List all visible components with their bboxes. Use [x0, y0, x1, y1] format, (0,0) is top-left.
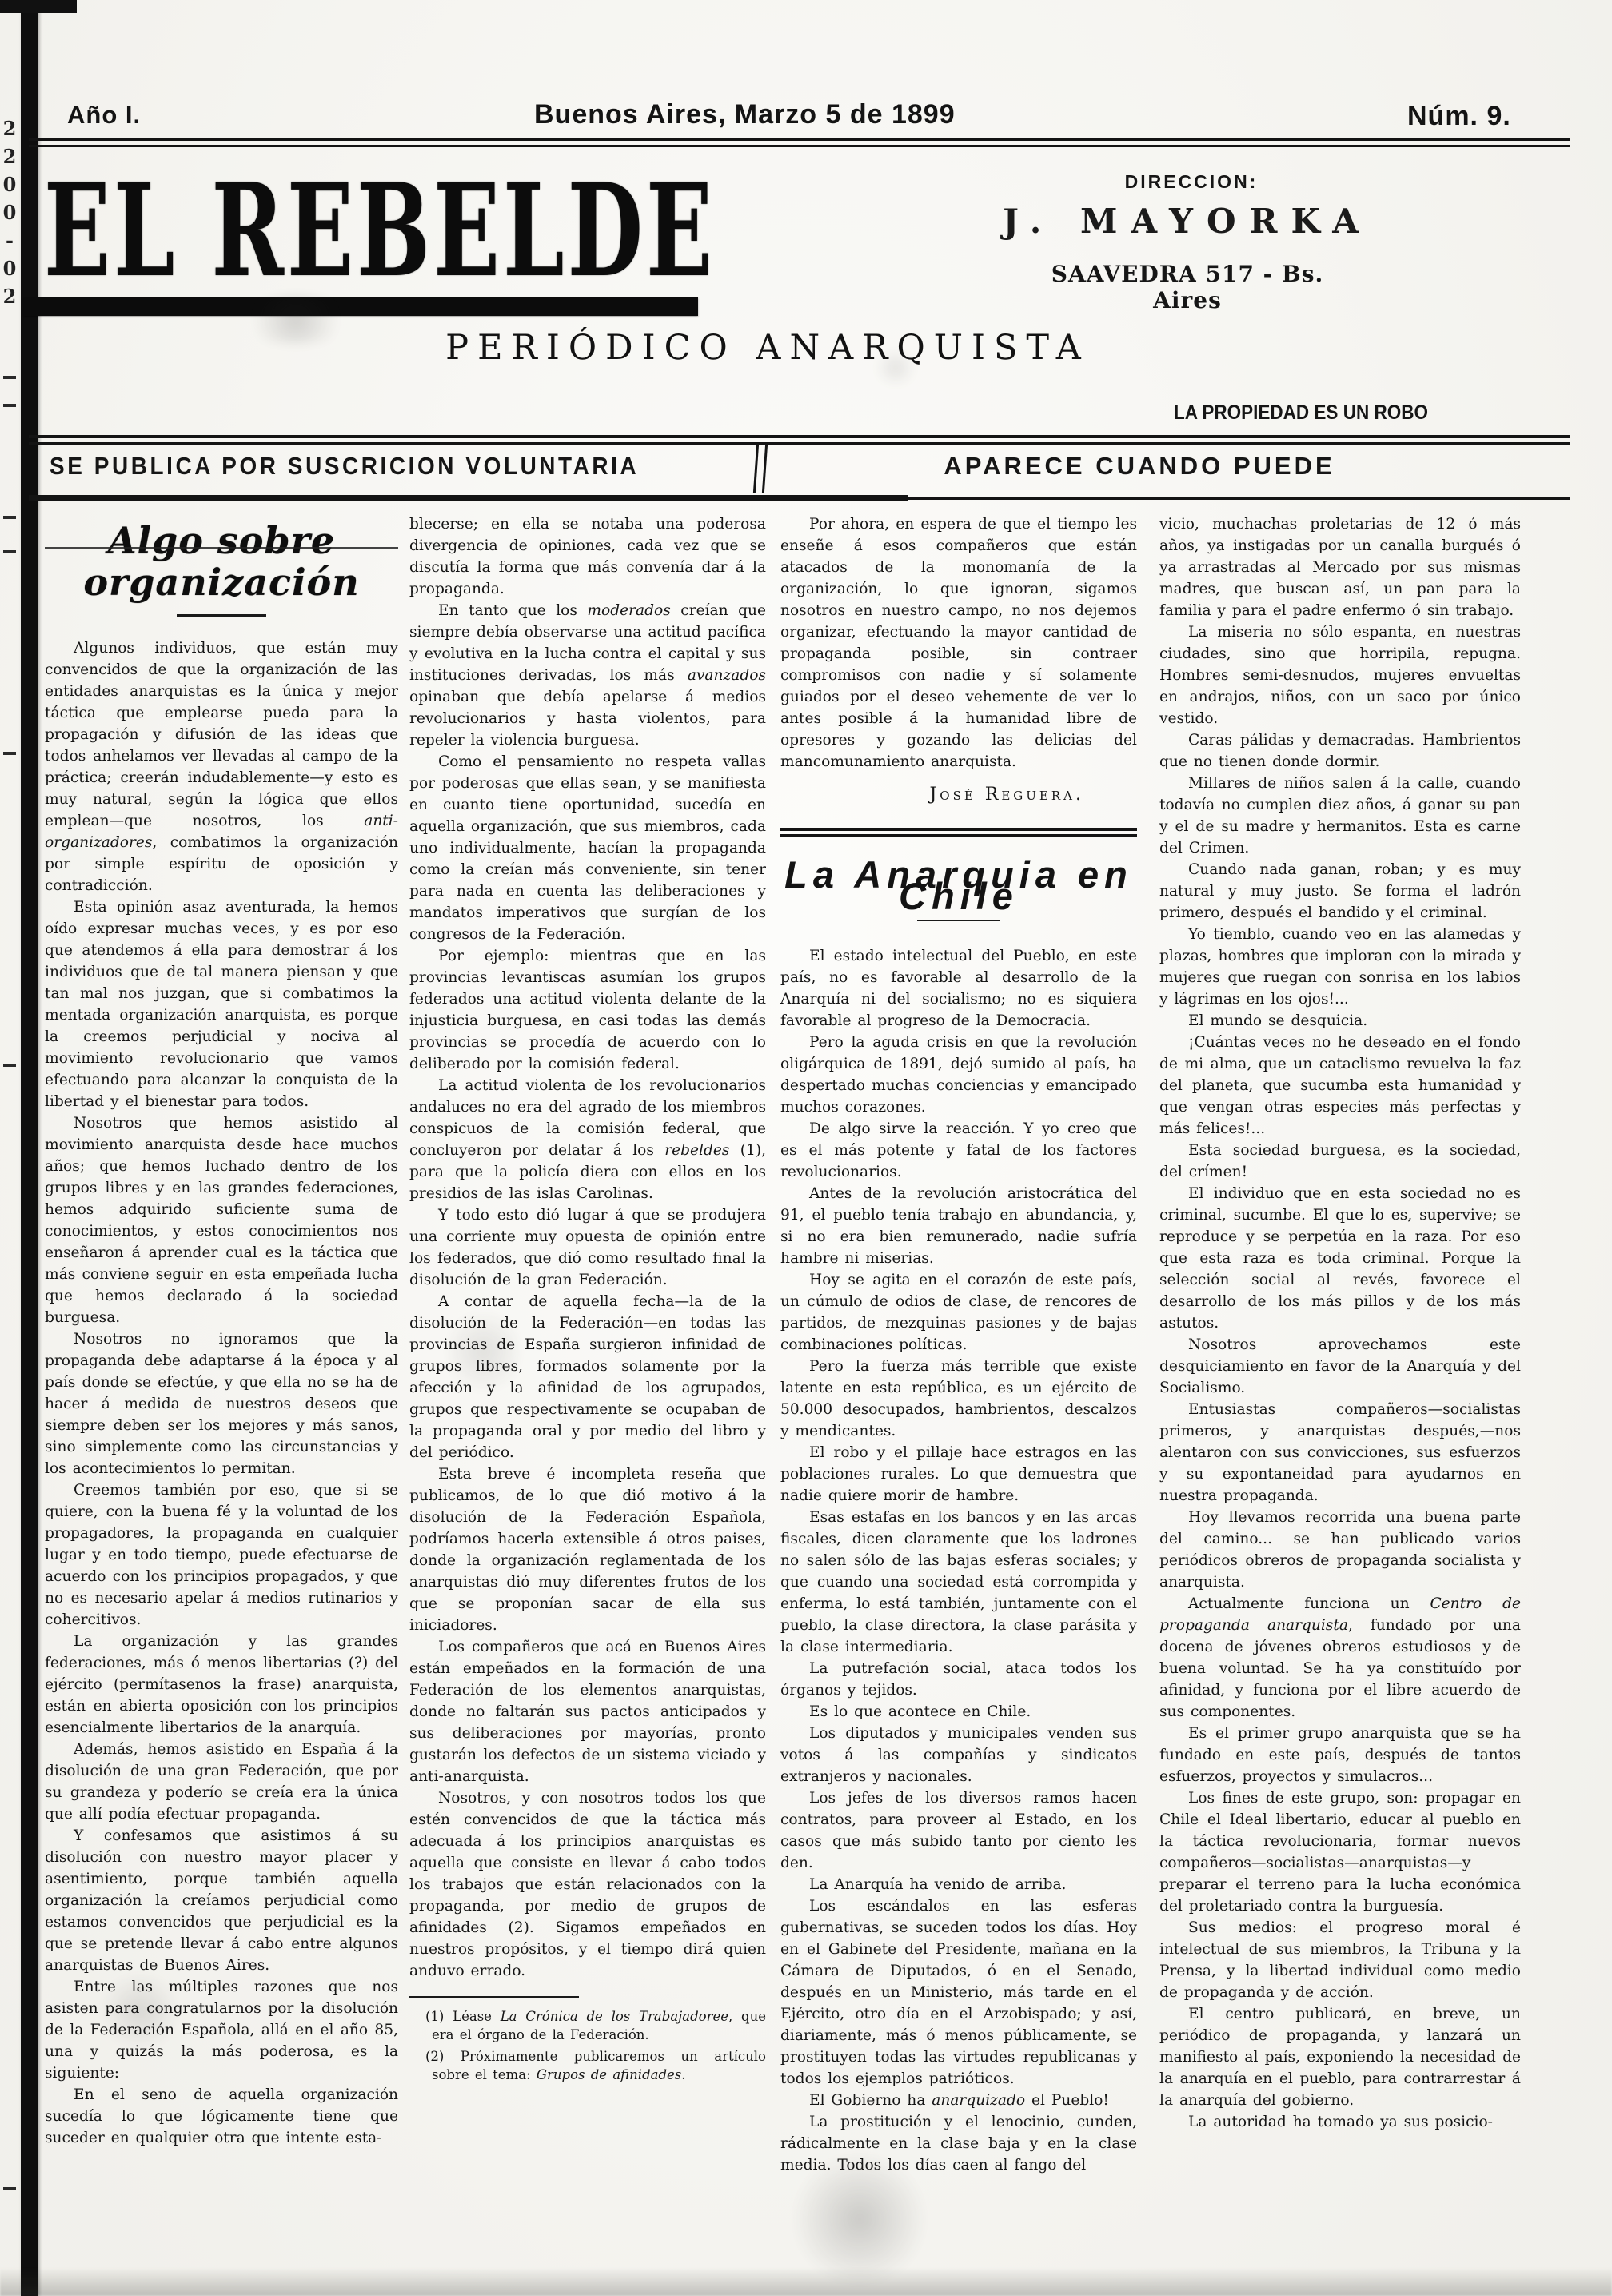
paragraph: Entre las múltiples razones que nos asis… — [45, 1976, 398, 2084]
paragraph: Actualmente funciona un Centro de propag… — [1159, 1593, 1521, 1723]
paragraph: Los compañeros que acá en Buenos Aires e… — [409, 1636, 766, 1787]
paragraph: (2) Próximamente publicaremos un artícul… — [409, 2047, 766, 2084]
paragraph: Hoy se agita en el corazón de este país,… — [780, 1269, 1137, 1356]
paragraph: Los fines de este grupo, son: propagar e… — [1159, 1787, 1521, 1917]
gutter-digit: - — [2, 229, 18, 252]
scan-smudge — [240, 296, 352, 344]
gutter-digit: 2 — [2, 285, 18, 308]
scan-tick — [3, 376, 16, 379]
paragraph: El mundo se desquicia. — [1159, 1010, 1521, 1032]
paragraph: La organización y las grandes federacion… — [45, 1631, 398, 1739]
paragraph: La autoridad ha tomado ya sus posicio- — [1159, 2111, 1521, 2133]
article1-col2-text: blecerse; en ella se notaba una poderosa… — [409, 513, 766, 1982]
column-1: Algo sobre organización Algunos individu… — [45, 513, 398, 2205]
article1-title: Algo sobre organización — [45, 520, 398, 603]
paragraph: Esta sociedad burguesa, es la sociedad, … — [1159, 1140, 1521, 1183]
paragraph: Algunos individuos, que están muy conven… — [45, 637, 398, 896]
paragraph: El centro publicará, en breve, un periód… — [1159, 2003, 1521, 2111]
scan-tick — [3, 516, 16, 519]
scan-smudge — [872, 352, 920, 384]
paragraph: Creemos también por eso, que si se quier… — [45, 1479, 398, 1631]
paragraph: Pero la fuerza más terrible que existe l… — [780, 1356, 1137, 1442]
paragraph: Y confesamos que asistimos á su disoluci… — [45, 1825, 398, 1976]
paragraph: Además, hemos asistido en España á la di… — [45, 1739, 398, 1825]
article1-col1-text: Algunos individuos, que están muy conven… — [45, 637, 398, 2149]
paragraph: Los jefes de los diversos ramos hacen co… — [780, 1787, 1137, 1874]
article-separator-rule — [780, 828, 1137, 837]
paragraph: Antes de la revolución aristocrática del… — [780, 1183, 1137, 1269]
address-line: SAAVEDRA 517 - Bs. Aires — [1031, 261, 1343, 313]
scan-tick — [3, 404, 16, 407]
paragraph: Millares de niños salen á la calle, cuan… — [1159, 773, 1521, 859]
paragraph: Nosotros, y con nosotros todos los que e… — [409, 1787, 766, 1982]
paragraph: Cuando nada ganan, roban; y es muy natur… — [1159, 859, 1521, 924]
gutter-digit: 0 — [2, 257, 18, 280]
paragraph: Es lo que acontece en Chile. — [780, 1701, 1137, 1723]
paragraph: En tanto que los moderados creían que si… — [409, 600, 766, 751]
paragraph: Entusiastas compañeros—socialistas prime… — [1159, 1399, 1521, 1507]
publication-mode-left: SE PUBLICA POR SUSCRICION VOLUNTARIA — [50, 452, 639, 481]
publication-mode-right: APARECE CUANDO PUEDE — [884, 452, 1395, 481]
paragraph: Pero la aguda crisis en que la revolució… — [780, 1032, 1137, 1118]
paragraph: La putrefación social, ataca todos los ó… — [780, 1658, 1137, 1701]
gutter-digit: 2 — [2, 117, 18, 140]
scan-gutter-bar — [21, 0, 38, 2296]
paragraph: Por ejemplo: mientras que en las provinc… — [409, 945, 766, 1075]
scan-bottom-noise — [0, 2267, 1612, 2296]
gutter-digit: 2 — [2, 145, 18, 168]
director-name: J. MAYORKA — [988, 202, 1387, 241]
gutter-digit: 0 — [2, 201, 18, 224]
paragraph: De algo sirve la reacción. Y yo creo que… — [780, 1118, 1137, 1183]
direction-label: DIRECCION: — [1087, 171, 1295, 193]
paragraph: Hoy llevamos recorrida una buena parte d… — [1159, 1507, 1521, 1593]
paragraph: Nosotros que hemos asistido al movimient… — [45, 1112, 398, 1328]
newspaper-subtitle: PERIÓDICO ANARQUISTA — [416, 328, 1119, 368]
paragraph: Caras pálidas y demacradas. Hambrientos … — [1159, 729, 1521, 773]
paragraph: El Gobierno ha anarquizado el Pueblo! — [780, 2090, 1137, 2111]
scan-tick — [3, 752, 16, 755]
paragraph: El robo y el pillaje hace estragos en la… — [780, 1442, 1137, 1507]
footnote-rule — [409, 1996, 579, 1998]
motto-line: LA PROPIEDAD ES UN ROBO — [1174, 401, 1418, 425]
paragraph: ¡Cuántas veces no he deseado en el fondo… — [1159, 1032, 1521, 1140]
article1-signature: José Reguera. — [780, 784, 1084, 805]
paragraph: Sus medios: el progreso moral é intelect… — [1159, 1917, 1521, 2003]
paragraph: Por ahora, en espera de que el tiempo le… — [780, 513, 1137, 773]
article2-title-rule — [917, 920, 1000, 921]
paragraph: La actitud violenta de los revolucionari… — [409, 1075, 766, 1204]
paragraph: Esas estafas en los bancos y en las arca… — [780, 1507, 1137, 1658]
article1-col3-text: Por ahora, en espera de que el tiempo le… — [780, 513, 1137, 773]
article2-col3-text: El estado intelectual del Pueblo, en est… — [780, 945, 1137, 2176]
scan-tick — [3, 2187, 16, 2190]
gutter-digit: 0 — [2, 173, 18, 196]
paragraph: La Anarquía ha venido de arriba. — [780, 1874, 1137, 1895]
paragraph: El estado intelectual del Pueblo, en est… — [780, 945, 1137, 1032]
paragraph: Esta opinión asaz aventurada, la hemos o… — [45, 896, 398, 1112]
scan-smudge — [448, 1304, 520, 1400]
paragraph: La miseria no sólo espanta, en nuestras … — [1159, 621, 1521, 729]
paragraph: Esta breve é incompleta reseña que publi… — [409, 1463, 766, 1636]
paragraph: En el seno de aquella organización suced… — [45, 2084, 398, 2149]
article2-title: La Anarquia en Chile — [780, 864, 1137, 907]
paragraph: Yo tiemblo, cuando veo en las alamedas y… — [1159, 924, 1521, 1010]
article2-col4-text: vicio, muchachas proletarias de 12 ó más… — [1159, 513, 1521, 2133]
paragraph: vicio, muchachas proletarias de 12 ó más… — [1159, 513, 1521, 621]
paragraph: (1) Léase La Crónica de los Trabajadoree… — [409, 2007, 766, 2044]
paragraph: Nosotros aprovechamos este desquiciamien… — [1159, 1334, 1521, 1399]
scan-tick — [3, 1064, 16, 1067]
date-line: Buenos Aires, Marzo 5 de 1899 — [534, 99, 956, 130]
paragraph: El individuo que en esta sociedad no es … — [1159, 1183, 1521, 1334]
issue-number: Núm. 9. — [1407, 101, 1511, 132]
scan-smudge — [96, 1975, 184, 2047]
banner-bottom-rule-heavy — [29, 495, 908, 501]
paragraph: Nosotros no ignoramos que la propaganda … — [45, 1328, 398, 1479]
masthead-underline-bar — [24, 297, 698, 316]
edition-year: Año I. — [67, 101, 141, 130]
paragraph: Como el pensamiento no respeta vallas po… — [409, 751, 766, 945]
banner-divider-ornament — [753, 445, 768, 493]
paragraph: Es el primer grupo anarquista que se ha … — [1159, 1723, 1521, 1787]
scan-line-artifact — [45, 547, 398, 549]
column-3: Por ahora, en espera de que el tiempo le… — [780, 513, 1137, 2205]
paragraph: Y todo esto dió lugar á que se produjera… — [409, 1204, 766, 1291]
paragraph: Los escándalos en las esferas gubernativ… — [780, 1895, 1137, 2090]
article1-footnotes: (1) Léase La Crónica de los Trabajadoree… — [409, 2007, 766, 2084]
scan-tick — [3, 550, 16, 553]
paragraph: Los diputados y municipales venden sus v… — [780, 1723, 1137, 1787]
newspaper-page: 2200-02 Año I. Buenos Aires, Marzo 5 de … — [0, 0, 1612, 2296]
title-rule — [177, 614, 266, 617]
banner-top-rule — [29, 435, 1570, 445]
scan-corner-blot — [0, 0, 77, 13]
paragraph: blecerse; en ella se notaba una poderosa… — [409, 513, 766, 600]
column-4: vicio, muchachas proletarias de 12 ó más… — [1159, 513, 1521, 2205]
header-rule — [29, 138, 1570, 147]
page-title: EL REBELDE — [44, 166, 716, 294]
